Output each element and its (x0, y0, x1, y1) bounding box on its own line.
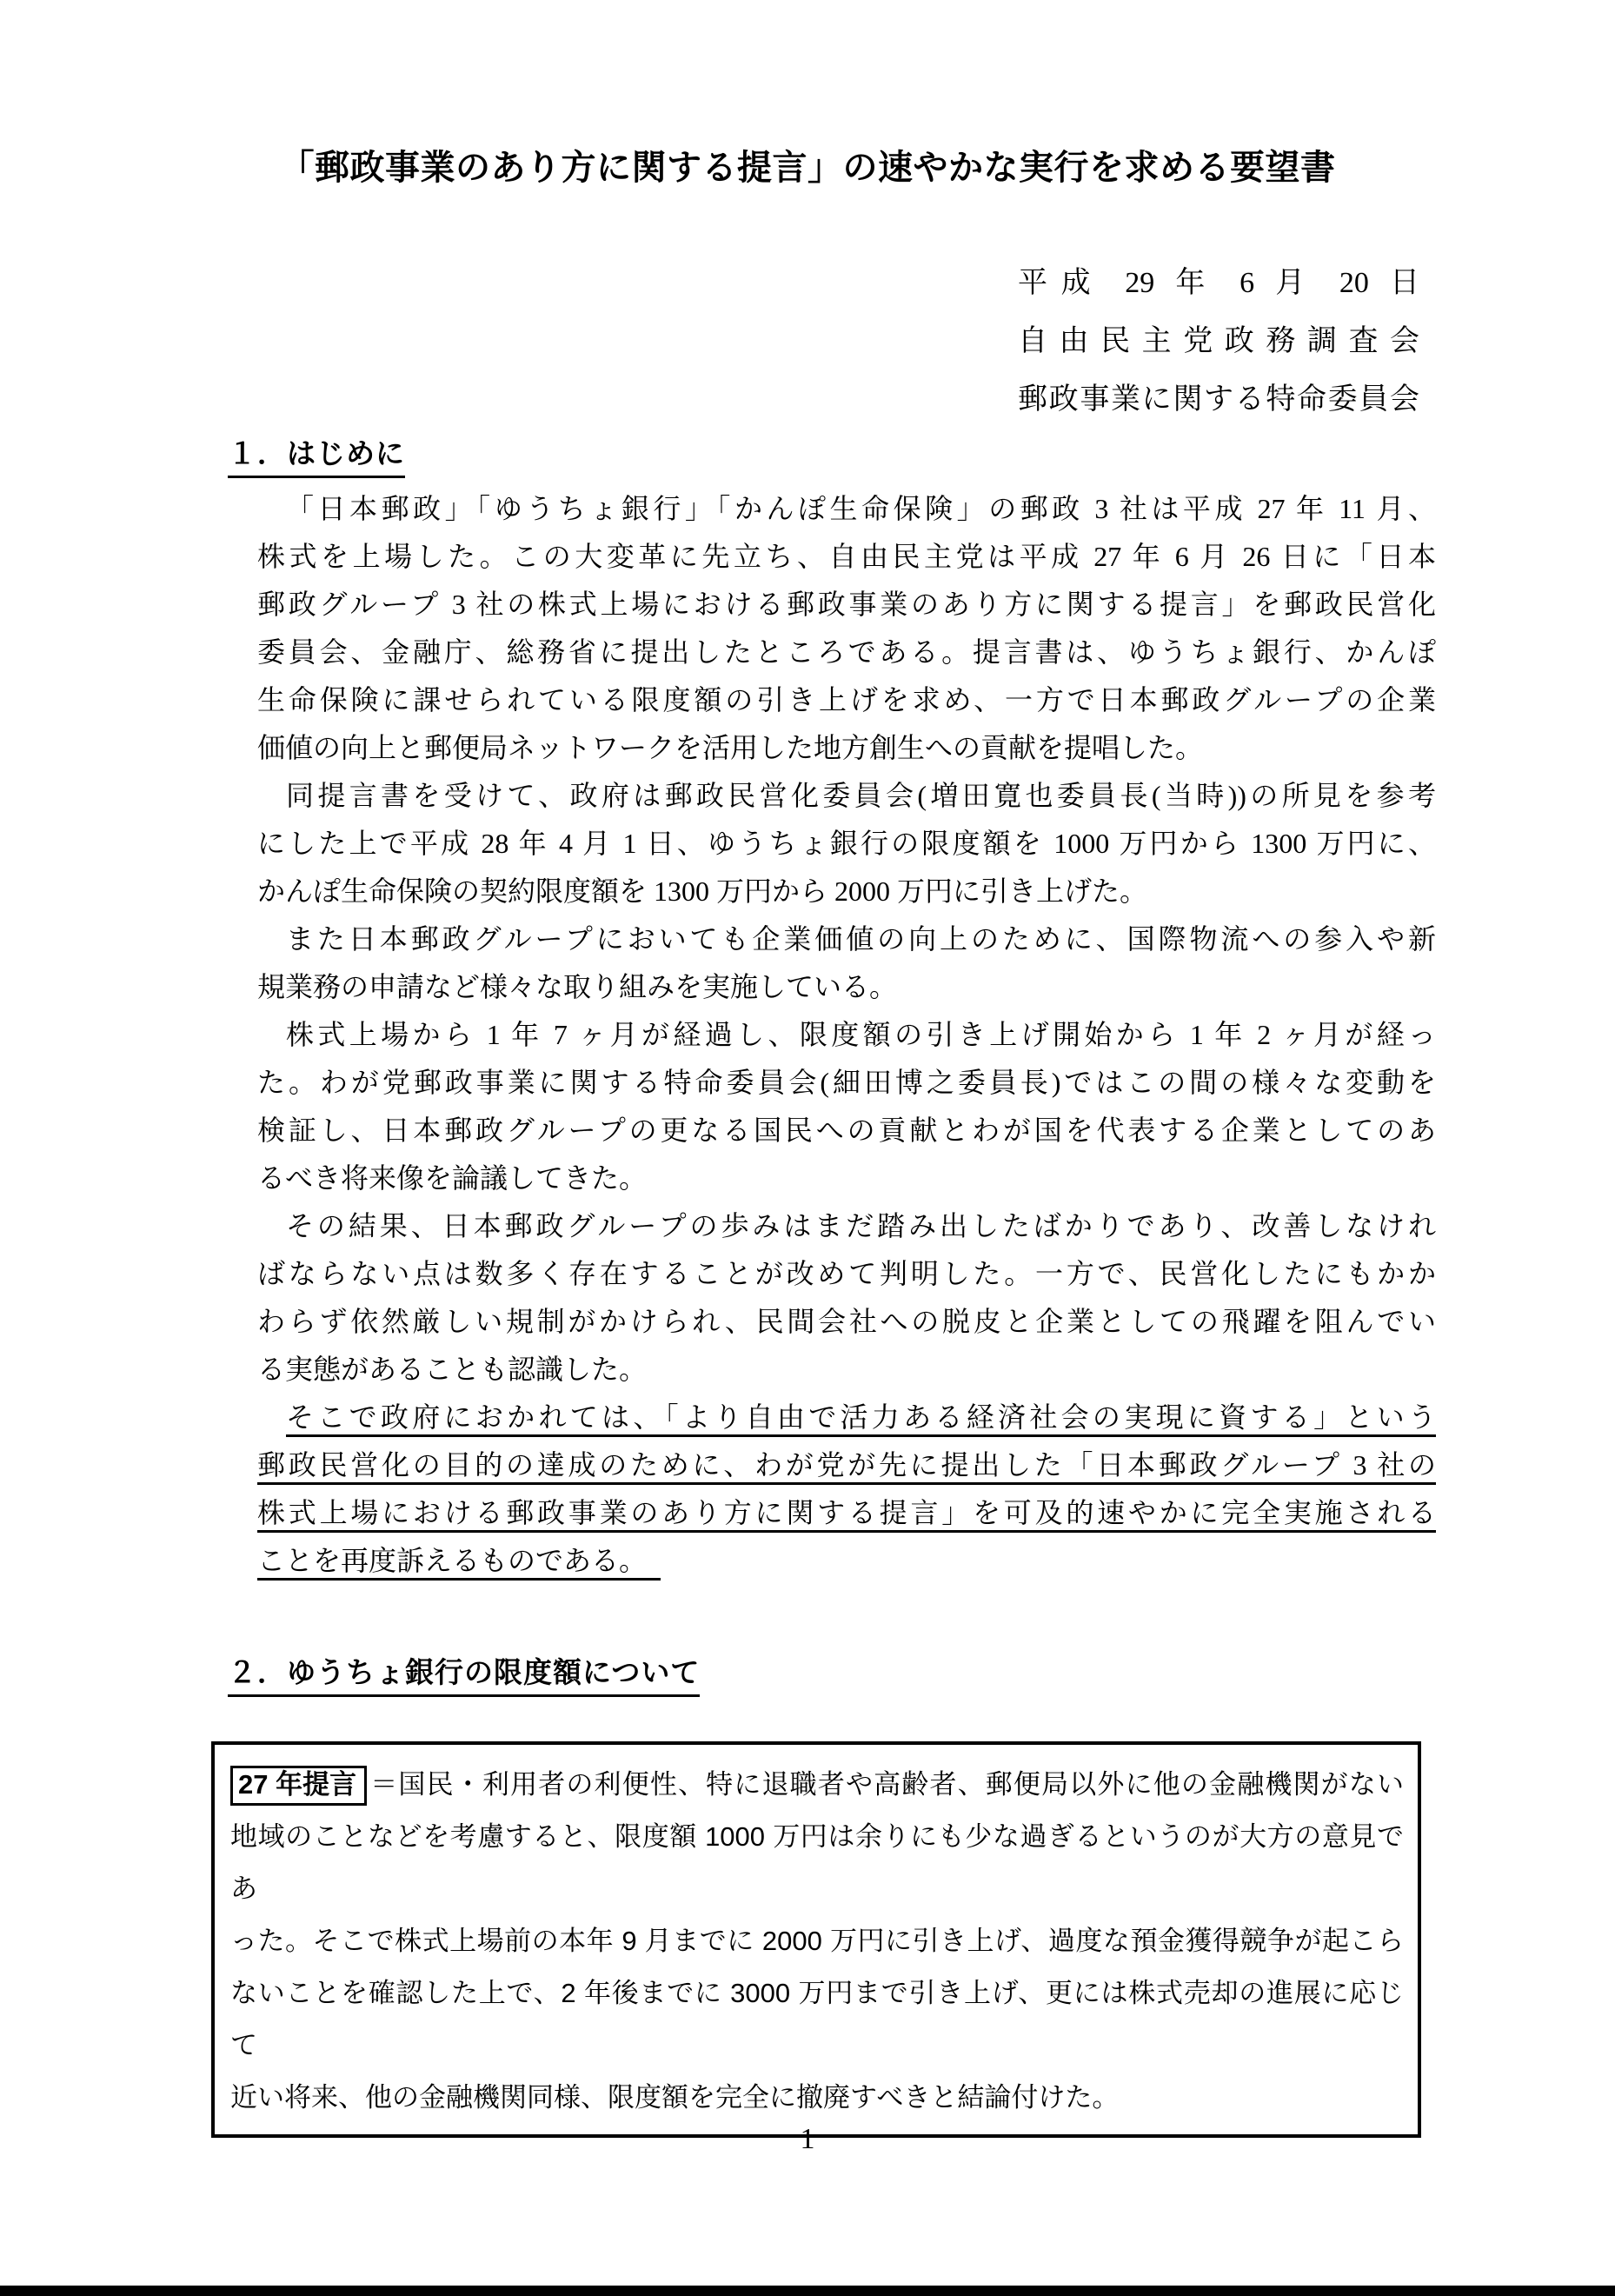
box-line: 地域のことなどを考慮すると、限度額 1000 万円は余りにも少な過ぎるというのが… (230, 1811, 1404, 1915)
body-line: 同提言書を受けて、政府は郵政民営化委員会(増田寛也委員長(当時))の所見を参考 (257, 772, 1436, 820)
box-line: ないことを確認した上で、2 年後までに 3000 万円まで引き上げ、更には株式売… (230, 1967, 1404, 2072)
section-1-heading: １．はじめに (228, 437, 405, 478)
body-line: 株式を上場した。この大変革に先立ち、自由民主党は平成 27 年 6 月 26 日… (257, 533, 1436, 581)
paragraph-1: 「日本郵政」「ゆうちょ銀行」「かんぽ生命保険」の郵政 3 社は平成 27 年 1… (257, 485, 1436, 772)
body-line: その結果、日本郵政グループの歩みはまだ踏み出したばかりであり、改善しなけれ (257, 1202, 1436, 1250)
body-line: るべき将来像を論議してきた。 (257, 1155, 1436, 1202)
body-line: にした上で平成 28 年 4 月 1 日、ゆうちょ銀行の限度額を 1000 万円… (257, 820, 1436, 868)
body-line: る実態があることも認識した。 (257, 1346, 1436, 1394)
body-line: 株式上場における郵政事業のあり方に関する提言」を可及的速やかに完全実施される (257, 1489, 1436, 1537)
date-author-block: 平成 29 年 6 月 20 日 自由民主党政務調査会 郵政事業に関する特命委員… (1018, 254, 1419, 429)
body-line: ことを再度訴えるものである。 (257, 1537, 1436, 1585)
paragraph-4: 株式上場から 1 年 7 ヶ月が経過し、限度額の引き上げ開始から 1 年 2 ヶ… (257, 1011, 1436, 1202)
body-line: 検証し、日本郵政グループの更なる国民への貢献とわが国を代表する企業としてのあ (257, 1107, 1436, 1155)
document-page: 「郵政事業のあり方に関する提言」の速やかな実行を求める要望書 平成 29 年 6… (0, 0, 1615, 2296)
body-line: また日本郵政グループにおいても企業価値の向上のために、国際物流への参入や新 (257, 915, 1436, 963)
body-line: 郵政民営化の目的の達成のために、わが党が先に提出した「日本郵政グループ 3 社の (257, 1441, 1436, 1489)
body-line: 委員会、金融庁、総務省に提出したところである。提言書は、ゆうちょ銀行、かんぽ (257, 629, 1436, 676)
box-line: った。そこで株式上場前の本年 9 月までに 2000 万円に引き上げ、過度な預金… (230, 1915, 1404, 1967)
paragraph-5: その結果、日本郵政グループの歩みはまだ踏み出したばかりであり、改善しなけれ ばな… (257, 1202, 1436, 1394)
body-line: かんぽ生命保険の契約限度額を 1300 万円から 2000 万円に引き上げた。 (257, 868, 1436, 915)
body-line: 規業務の申請など様々な取り組みを実施している。 (257, 963, 1436, 1011)
body-line: わらず依然厳しい規制がかけられ、民間会社への脱皮と企業としての飛躍を阻んでい (257, 1298, 1436, 1346)
page-number: 1 (0, 2122, 1615, 2157)
body-line: た。わが党郵政事業に関する特命委員会(細田博之委員長)ではこの間の様々な変動を (257, 1059, 1436, 1107)
year27-proposal-chip: 27 年提言 (230, 1766, 367, 1806)
paragraph-6-underlined: そこで政府におかれては、「より自由で活力ある経済社会の実現に資する」という 郵政… (257, 1394, 1436, 1585)
doc-date: 平成 29 年 6 月 20 日 (1018, 254, 1419, 312)
document-title: 「郵政事業のあり方に関する提言」の速やかな実行を求める要望書 (0, 148, 1615, 188)
document-body: 「日本郵政」「ゆうちょ銀行」「かんぽ生命保険」の郵政 3 社は平成 27 年 1… (257, 485, 1436, 1585)
doc-author-committee: 郵政事業に関する特命委員会 (1018, 370, 1419, 429)
doc-author-org: 自由民主党政務調査会 (1018, 312, 1419, 370)
box-line: 近い将来、他の金融機関同様、限度額を完全に撤廃すべきと結論付けた。 (230, 2072, 1404, 2124)
body-line: 「日本郵政」「ゆうちょ銀行」「かんぽ生命保険」の郵政 3 社は平成 27 年 1… (257, 485, 1436, 533)
paragraph-3: また日本郵政グループにおいても企業価値の向上のために、国際物流への参入や新 規業… (257, 915, 1436, 1011)
body-line: 郵政グループ 3 社の株式上場における郵政事業のあり方に関する提言」を郵政民営化 (257, 581, 1436, 629)
box-line: 27 年提言＝国民・利用者の利便性、特に退職者や高齢者、郵便局以外に他の金融機関… (230, 1759, 1404, 1811)
body-line: 生命保険に課せられている限度額の引き上げを求め、一方で日本郵政グループの企業 (257, 676, 1436, 724)
body-line: 価値の向上と郵便局ネットワークを活用した地方創生への貢献を提唱した。 (257, 724, 1436, 772)
body-line: そこで政府におかれては、「より自由で活力ある経済社会の実現に資する」という (257, 1394, 1436, 1441)
box-line-text: ＝国民・利用者の利便性、特に退職者や高齢者、郵便局以外に他の金融機関がない (369, 1769, 1404, 1800)
body-line: 株式上場から 1 年 7 ヶ月が経過し、限度額の引き上げ開始から 1 年 2 ヶ… (257, 1011, 1436, 1059)
paragraph-2: 同提言書を受けて、政府は郵政民営化委員会(増田寛也委員長(当時))の所見を参考 … (257, 772, 1436, 915)
body-line: ばならない点は数多く存在することが改めて判明した。一方で、民営化したにもかか (257, 1250, 1436, 1298)
year27-proposal-box: 27 年提言＝国民・利用者の利便性、特に退職者や高齢者、郵便局以外に他の金融機関… (211, 1741, 1421, 2138)
bottom-edge-bar (0, 2286, 1615, 2296)
section-2-heading: ２．ゆうちょ銀行の限度額について (228, 1656, 700, 1697)
